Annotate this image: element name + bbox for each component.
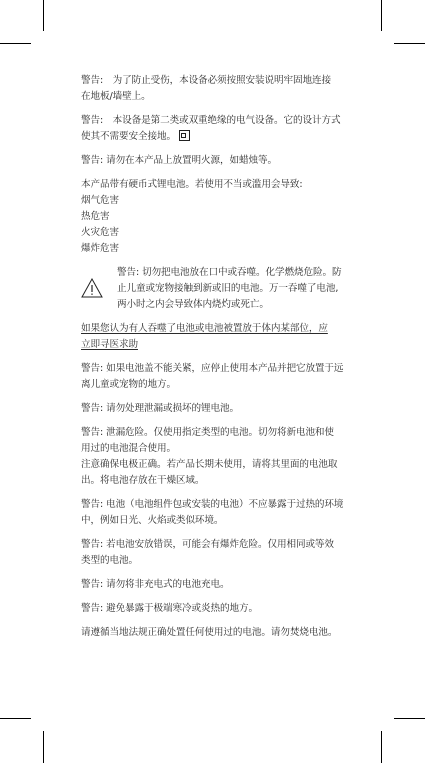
warning-non-rechargeable: 警告: 请勿将非充电式的电池充电。 bbox=[81, 577, 349, 593]
crop-mark-bottom-left-vertical bbox=[43, 731, 44, 763]
text-line: 警告: 避免暴露于极端寒冷或炎热的地方。 bbox=[81, 601, 349, 617]
text-line: 注意确保电极正确。若产品长期未使用，请将其里面的电池取 bbox=[81, 457, 349, 473]
text-line: 警告: 请勿处理泄漏或损坏的锂电池。 bbox=[81, 401, 349, 417]
warning-battery-cover: 警告: 如果电池盖不能关紧，应停止使用本产品并把它放置于远 离儿童或宠物的地方。 bbox=[81, 361, 349, 393]
hazard-item: 烟气危害 bbox=[81, 193, 349, 209]
warning-open-flame: 警告: 请勿在本产品上放置明火源，如蜡烛等。 bbox=[81, 153, 349, 169]
text-line: 离儿童或宠物的地方。 bbox=[81, 377, 349, 393]
text-line: 警告: 电池（电池组件包或安装的电池）不应暴露于过热的环境 bbox=[81, 497, 349, 513]
crop-mark-bottom-right-horizontal bbox=[394, 718, 425, 719]
text-line: 在地板/墙壁上。 bbox=[81, 89, 349, 105]
crop-mark-top-right-vertical bbox=[381, 0, 382, 31]
text-line: 警告: 泄漏危险。仅使用指定类型的电池。切勿将新电池和使 bbox=[81, 425, 349, 441]
crop-mark-bottom-right-vertical bbox=[381, 731, 382, 763]
text-line: 警告: 若电池安放错误，可能会有爆炸危险。仅用相同或等效 bbox=[81, 537, 349, 553]
text-line: 警告: 如果电池盖不能关紧，应停止使用本产品并把它放置于远 bbox=[81, 361, 349, 377]
warning-text: 警告: 切勿把电池放在口中或吞噬。化学燃烧危险。防 止儿童或宠物接触到新或旧的电… bbox=[117, 265, 349, 313]
seek-medical-help-notice: 如果您认为有人吞噬了电池或电池被置放于体内某部位，应 立即寻医求助 bbox=[81, 321, 349, 353]
battery-disposal-notice: 请遵循当地法规正确处置任何使用过的电池。请勿焚烧电池。 bbox=[81, 625, 349, 641]
text-line: 警告: 请勿将非充电式的电池充电。 bbox=[81, 577, 349, 593]
text-line: 类型的电池。 bbox=[81, 553, 349, 569]
hazard-item: 爆炸危害 bbox=[81, 241, 349, 257]
warning-extreme-temperature: 警告: 避免暴露于极端寒冷或炎热的地方。 bbox=[81, 601, 349, 617]
warning-secure-installation: 警告: 为了防止受伤，本设备必须按照安装说明牢固地连接 在地板/墙壁上。 bbox=[81, 73, 349, 105]
text-line: 立即寻医求助 bbox=[81, 337, 349, 353]
crop-mark-top-right-horizontal bbox=[394, 43, 425, 44]
text-line: 警告: 切勿把电池放在口中或吞噬。化学燃烧危险。防 bbox=[117, 265, 349, 281]
warning-explosion-risk: 警告: 若电池安放错误，可能会有爆炸危险。仅用相同或等效 类型的电池。 bbox=[81, 537, 349, 569]
text-line: 中，例如日光、火焰或类似环境。 bbox=[81, 513, 349, 529]
warning-leakage-hazard: 警告: 泄漏危险。仅使用指定类型的电池。切勿将新电池和使 用过的电池混合使用。 … bbox=[81, 425, 349, 489]
warning-excessive-heat: 警告: 电池（电池组件包或安装的电池）不应暴露于过热的环境 中，例如日光、火焰或… bbox=[81, 497, 349, 529]
text-line: 如果您认为有人吞噬了电池或电池被置放于体内某部位，应 bbox=[81, 321, 349, 337]
text-line: 请遵循当地法规正确处置任何使用过的电池。请勿焚烧电池。 bbox=[81, 625, 349, 641]
warning-double-insulation: 警告: 本设备是第二类或双重绝缘的电气设备。它的设计方式 使其不需要安全接地。 bbox=[81, 113, 349, 145]
text-line-with-icon: 使其不需要安全接地。 bbox=[81, 129, 349, 145]
text-line: 出。将电池存放在干燥区域。 bbox=[81, 473, 349, 489]
crop-mark-top-left-vertical bbox=[43, 0, 44, 31]
crop-mark-top-left-horizontal bbox=[0, 43, 31, 44]
text-line: 本产品带有硬币式锂电池。若使用不当或滥用会导致: bbox=[81, 177, 349, 193]
double-insulation-icon bbox=[179, 130, 190, 141]
text-line: 警告: 为了防止受伤，本设备必须按照安装说明牢固地连接 bbox=[81, 73, 349, 89]
text-line: 两小时之内会导致体内烧灼或死亡。 bbox=[117, 297, 349, 313]
crop-mark-bottom-left-horizontal bbox=[0, 718, 31, 719]
warning-triangle-icon bbox=[81, 265, 117, 304]
text-line: 警告: 本设备是第二类或双重绝缘的电气设备。它的设计方式 bbox=[81, 113, 349, 129]
warning-battery-ingestion: 警告: 切勿把电池放在口中或吞噬。化学燃烧危险。防 止儿童或宠物接触到新或旧的电… bbox=[81, 265, 349, 313]
warning-leaking-battery: 警告: 请勿处理泄漏或损坏的锂电池。 bbox=[81, 401, 349, 417]
text-line: 用过的电池混合使用。 bbox=[81, 441, 349, 457]
safety-warnings-document: 警告: 为了防止受伤，本设备必须按照安装说明牢固地连接 在地板/墙壁上。 警告:… bbox=[81, 73, 349, 649]
hazard-item: 热危害 bbox=[81, 209, 349, 225]
text-line: 止儿童或宠物接触到新或旧的电池。万一吞噬了电池, bbox=[117, 281, 349, 297]
battery-hazards-list: 本产品带有硬币式锂电池。若使用不当或滥用会导致: 烟气危害 热危害 火灾危害 爆… bbox=[81, 177, 349, 257]
hazard-item: 火灾危害 bbox=[81, 225, 349, 241]
text-segment: 使其不需要安全接地。 bbox=[81, 131, 176, 142]
text-line: 警告: 请勿在本产品上放置明火源，如蜡烛等。 bbox=[81, 153, 349, 169]
